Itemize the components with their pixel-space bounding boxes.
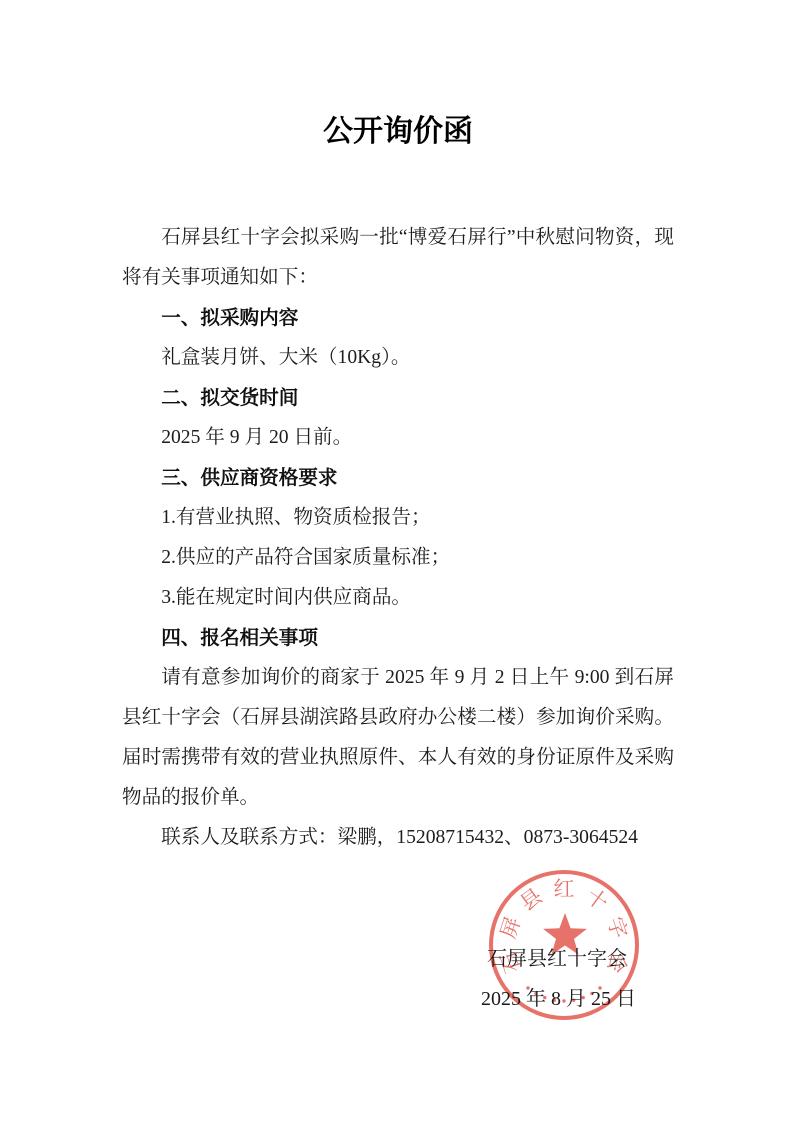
procedure-paragraph: 请有意参加询价的商家于 2025 年 9 月 2 日上午 9:00 到石屏县红十… [122, 658, 674, 818]
list-item-2: 2.供应的产品符合国家质量标准； [122, 538, 674, 578]
list-item-1: 1.有营业执照、物资质检报告； [122, 498, 674, 538]
section-4-heading: 四、报名相关事项 [122, 618, 674, 658]
section-3-heading: 三、供应商资格要求 [122, 458, 674, 498]
document-title: 公开询价函 [122, 110, 674, 154]
svg-text:红: 红 [554, 877, 575, 901]
signature-org: 石屏县红十字会 [487, 946, 627, 972]
section-1-heading: 一、拟采购内容 [122, 298, 674, 338]
signature-date: 2025 年 8 月 25 日 [481, 986, 636, 1012]
intro-paragraph: 石屏县红十字会拟采购一批“博爱石屏行”中秋慰问物资，现将有关事项通知如下： [122, 218, 674, 298]
section-2-line: 2025 年 9 月 20 日前。 [122, 418, 674, 458]
contact-line: 联系人及联系方式：梁鹏，15208715432、0873-3064524 [122, 818, 674, 858]
document-page: 公开询价函 石屏县红十字会拟采购一批“博爱石屏行”中秋慰问物资，现将有关事项通知… [0, 0, 794, 1122]
section-2-heading: 二、拟交货时间 [122, 378, 674, 418]
svg-text:字: 字 [603, 914, 632, 941]
section-1-line: 礼盒装月饼、大米（10Kg）。 [122, 338, 674, 378]
svg-text:屏: 屏 [496, 914, 525, 941]
list-item-3: 3.能在规定时间内供应商品。 [122, 578, 674, 618]
